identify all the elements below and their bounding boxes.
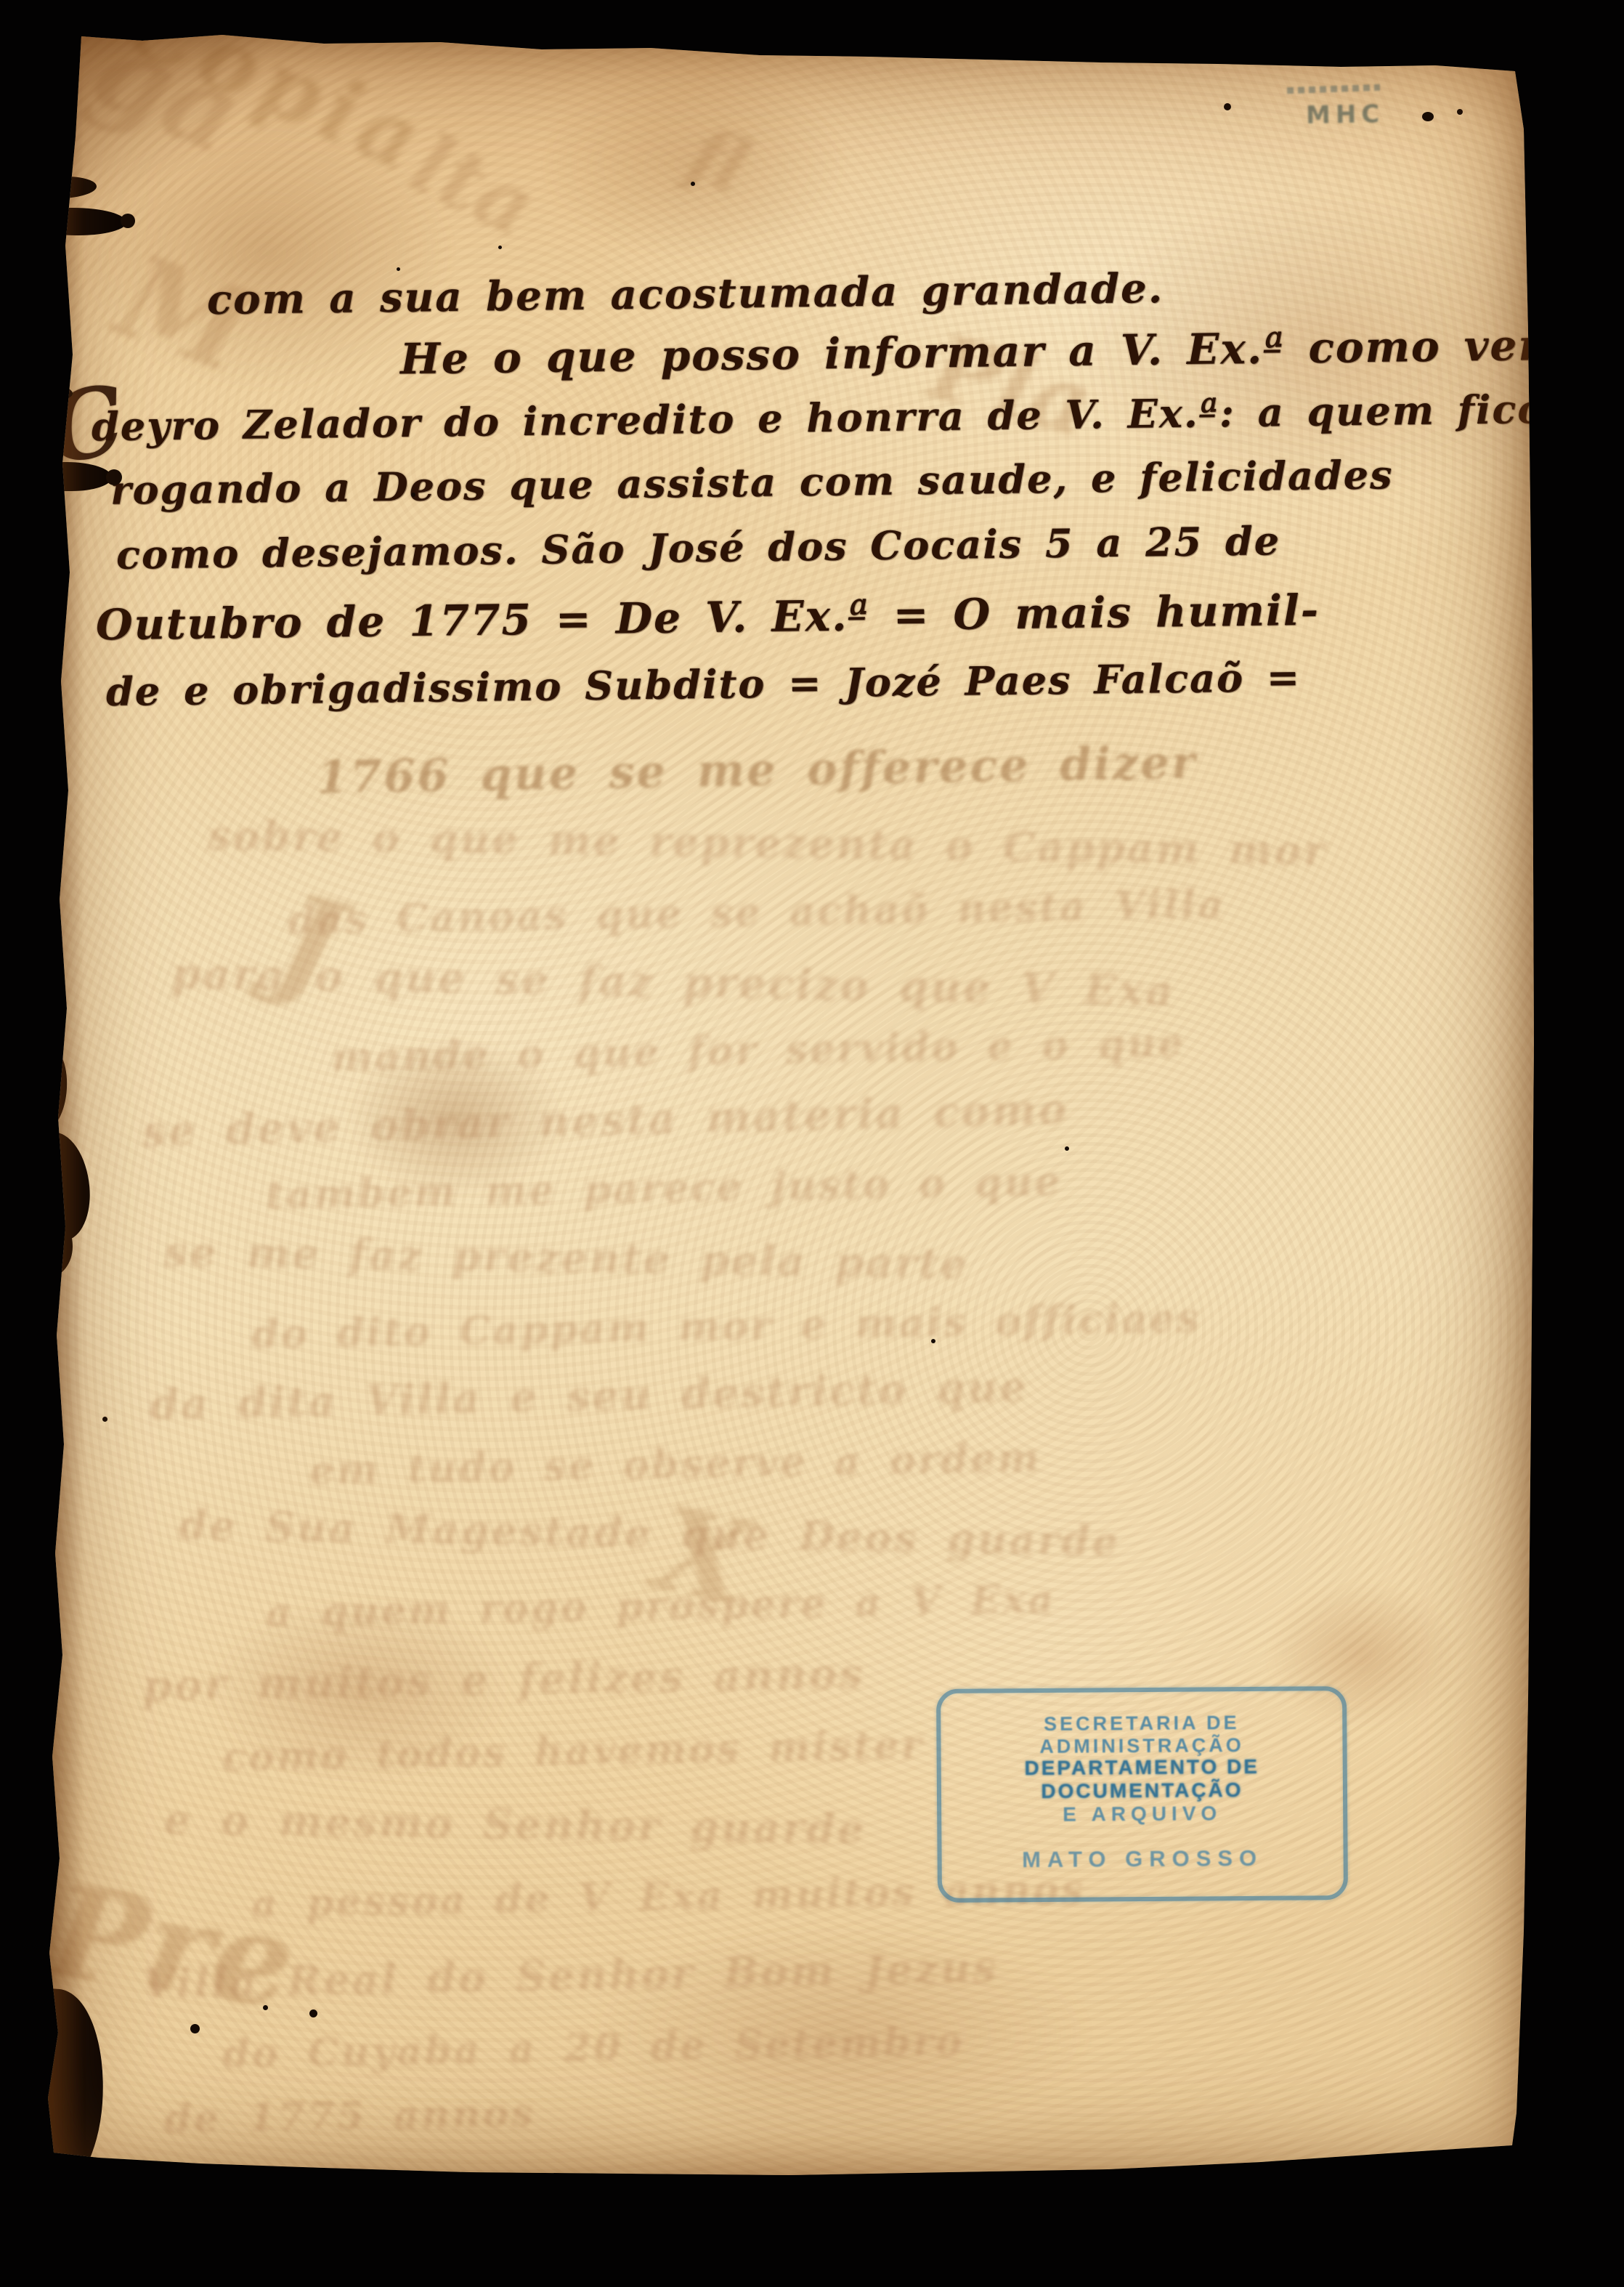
bleedthrough-line: em tudo se observe a ordem xyxy=(309,1434,1042,1494)
bleedthrough-line: de Sua Magestade que Deos guarde xyxy=(179,1502,1121,1566)
bleedthrough-line: da dita Villa e seu destricto que xyxy=(149,1362,1028,1429)
paper-hole xyxy=(411,493,415,497)
paper-hole xyxy=(1422,112,1434,121)
ink-blob xyxy=(22,1212,73,1277)
paper-hole xyxy=(1065,1146,1069,1151)
stamp-line: E ARQUIVO xyxy=(941,1801,1343,1827)
stamp-line: DEPARTAMENTO DE DOCUMENTAÇÃO xyxy=(941,1754,1343,1804)
manuscript-line: como desejamos. São José dos Cocais 5 a … xyxy=(116,517,1281,578)
manuscript-page: ga M lta fl Pla J X Pre 1766 que se me o… xyxy=(33,28,1541,2196)
bleedthrough-line: se me faz prezente pela parte xyxy=(164,1227,970,1288)
paper-hole xyxy=(190,2024,200,2033)
bleedthrough-line: sobre o que me reprezenta o Cappam mor xyxy=(208,811,1328,875)
archive-mark: MHC xyxy=(1306,100,1385,130)
bleedthrough-line: e o mesmo Senhor guarde xyxy=(164,1795,866,1853)
ink-blob xyxy=(121,214,135,228)
stamp-line: MATO GROSSO xyxy=(942,1845,1344,1874)
bleedthrough-line: por muitos e felizes annos xyxy=(142,1648,865,1710)
manuscript-line: de e obrigadissimo Subdito = Jozé Paes F… xyxy=(106,654,1302,715)
archive-mark-underline xyxy=(1287,84,1380,94)
ink-blob xyxy=(25,208,126,235)
paper-hole xyxy=(691,182,695,186)
paper-hole xyxy=(102,1417,107,1422)
paper-hole xyxy=(309,2009,317,2017)
paper-hole xyxy=(263,2005,268,2010)
ink-blob xyxy=(19,1043,71,1134)
bleedthrough-line: mande o que for servido e o que xyxy=(331,1019,1186,1081)
paper-hole xyxy=(931,1339,935,1343)
ink-blob xyxy=(26,462,112,491)
bleedthrough-line: 1766 que se me offerece dizer xyxy=(316,735,1198,804)
paper-hole xyxy=(1224,103,1231,110)
archive-stamp: SECRETARIA DE ADMINISTRAÇÃO DEPARTAMENTO… xyxy=(936,1686,1348,1903)
ink-blob xyxy=(23,1130,94,1244)
bleedthrough-line: de 1775 annos xyxy=(163,2089,535,2142)
scanned-document: ga M lta fl Pla J X Pre 1766 que se me o… xyxy=(0,0,1624,2287)
ink-blob xyxy=(1,1986,110,2195)
bleedthrough-line: como todos havemos mister xyxy=(222,1722,925,1781)
ink-blob xyxy=(29,385,73,401)
bleedthrough-line: das Canoas que se achaõ nesta Villa xyxy=(288,881,1226,944)
paper-hole xyxy=(498,246,502,249)
manuscript-line: Outubro de 1775 = De V. Ex.ª = O mais hu… xyxy=(96,586,1320,650)
paper-hole xyxy=(397,267,400,271)
manuscript-line: com a sua bem acostumada grandade. xyxy=(207,264,1164,324)
ink-blob xyxy=(19,68,62,98)
paper-hole xyxy=(1457,109,1463,115)
bleedthrough-line: do dito Cappam mor e mais officiaes xyxy=(251,1295,1201,1358)
bleedthrough-line: do Cuyaba a 20 de Setembro xyxy=(222,2017,965,2077)
bleedthrough-line: se deve obrar nesta materia como xyxy=(142,1084,1069,1156)
bleedthrough-flourish: fl xyxy=(676,108,761,212)
manuscript-line: deyro Zelador do incredito e honrra de V… xyxy=(92,386,1546,450)
ink-blob xyxy=(106,469,122,485)
manuscript-line: rogando a Deos que assista com saude, e … xyxy=(110,451,1394,514)
bleedthrough-line: tambem me parece justo o que xyxy=(266,1157,1063,1218)
manuscript-line: He o que posso informar a V. Ex.ª como v… xyxy=(400,320,1621,384)
ink-blob xyxy=(27,175,97,201)
bleedthrough-line: a quem rogo prospere a V Exa xyxy=(266,1576,1056,1636)
stamp-line: SECRETARIA DE ADMINISTRAÇÃO xyxy=(941,1711,1342,1759)
